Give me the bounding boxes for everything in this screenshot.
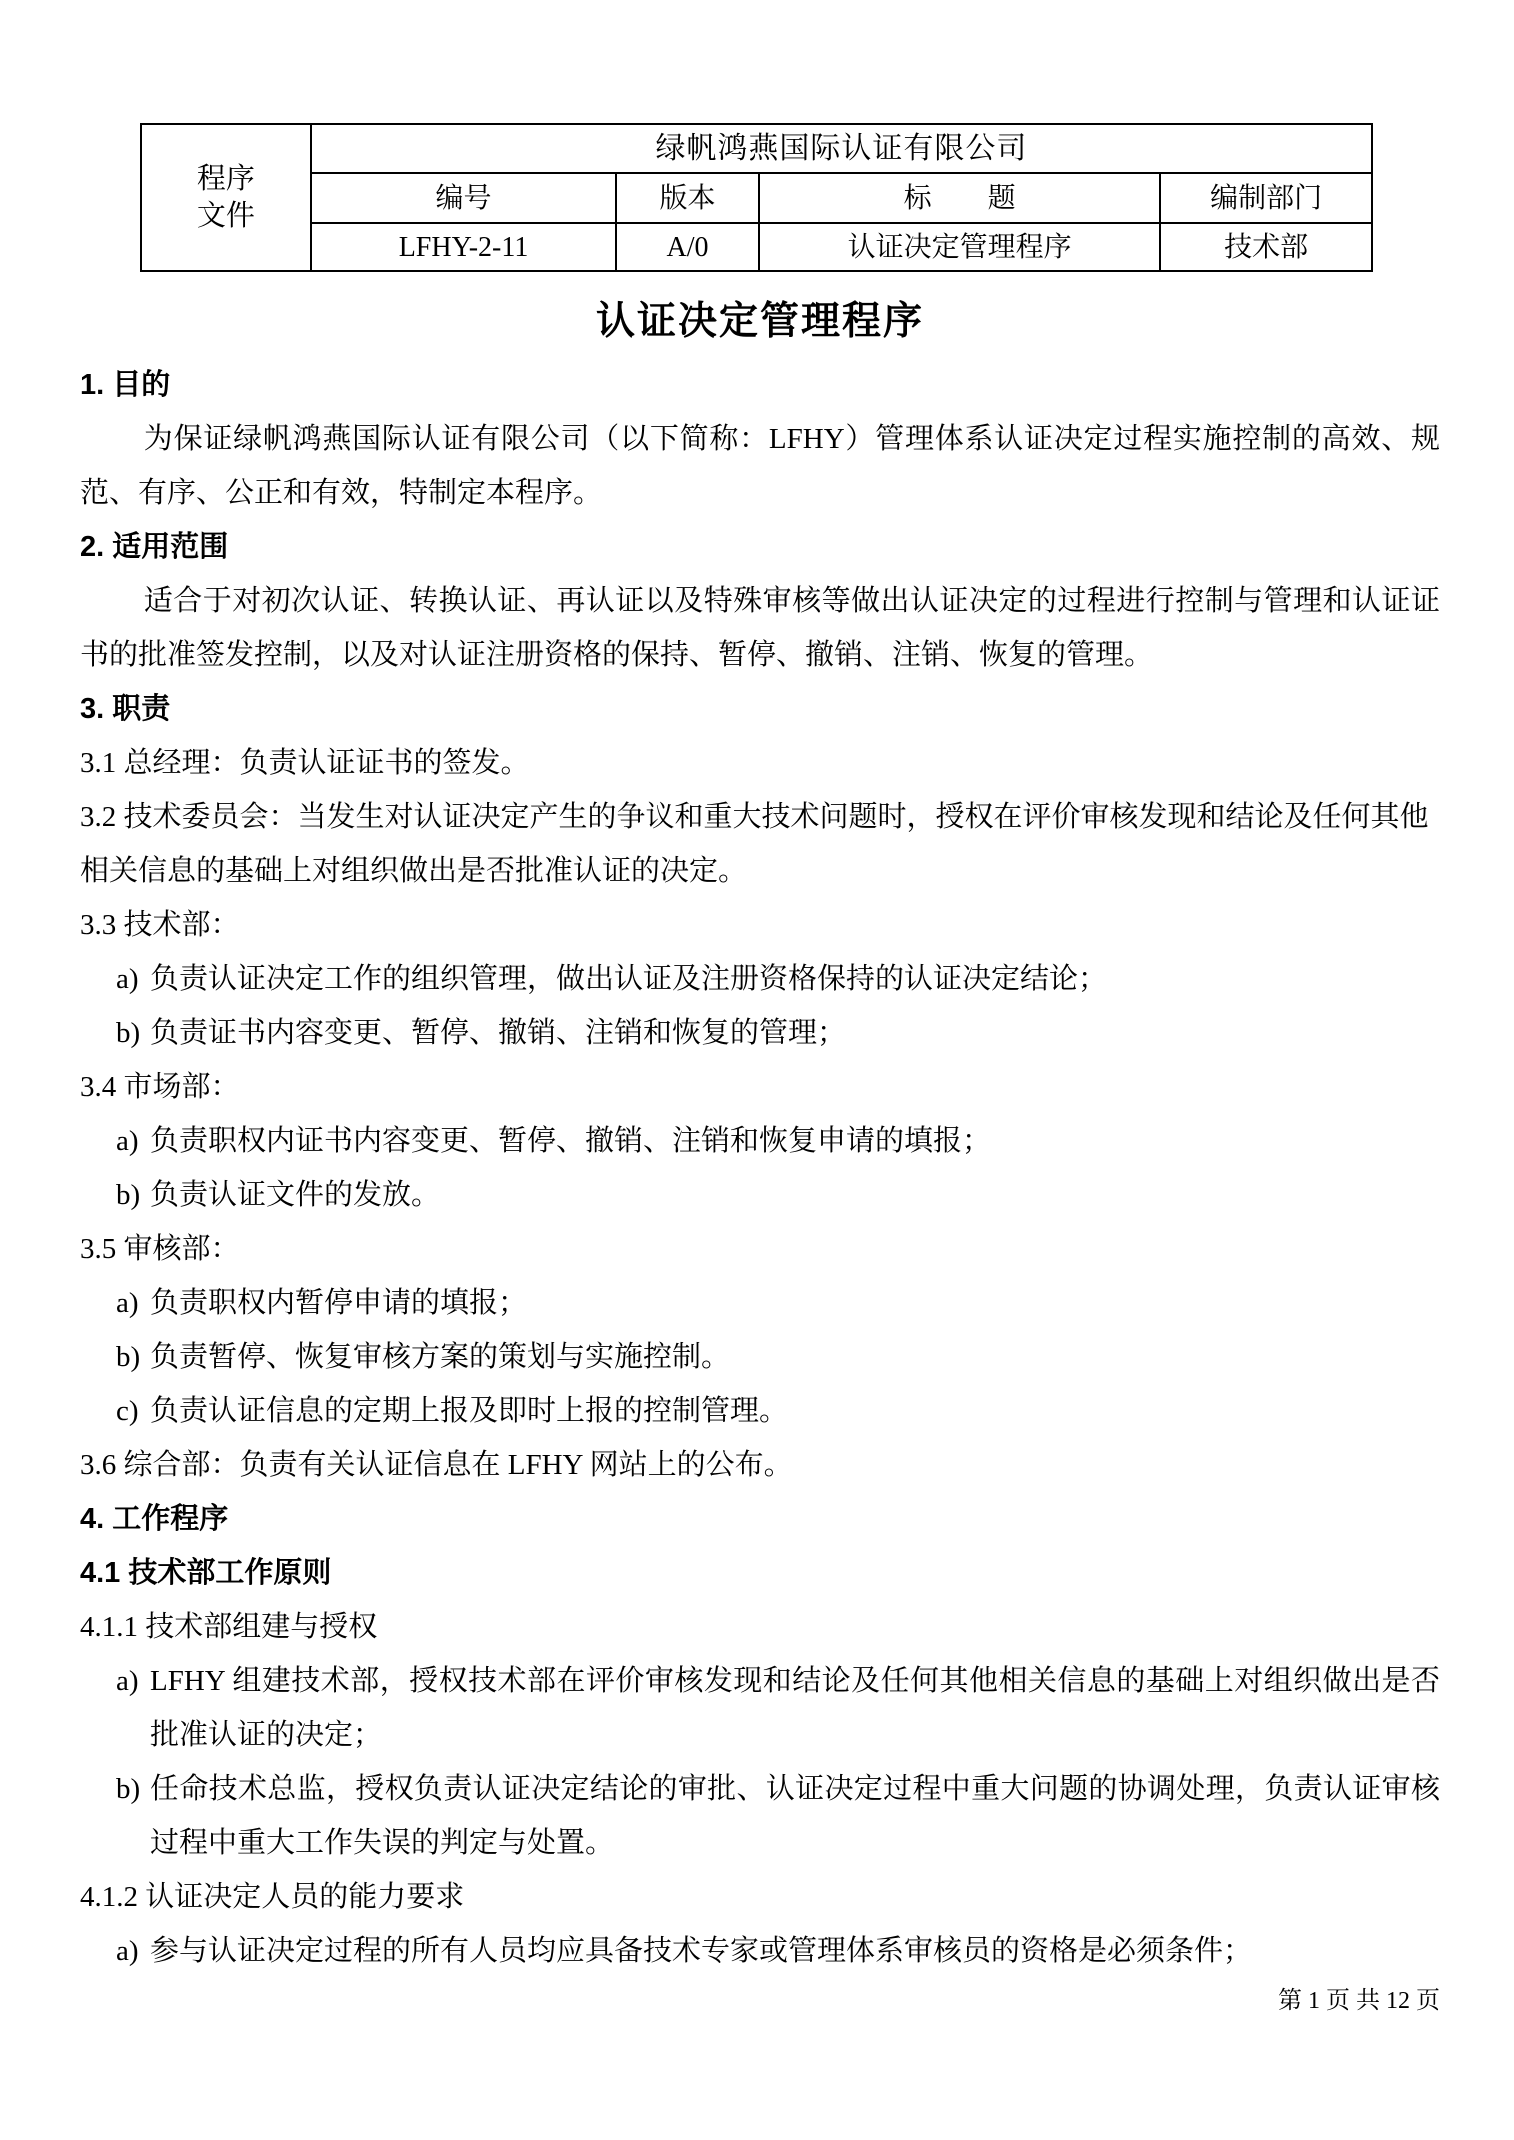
section-heading: 2. 适用范围 [80, 520, 1440, 574]
list-marker: a) [116, 1924, 139, 1978]
lettered-list-item: a)负责认证决定工作的组织管理，做出认证及注册资格保持的认证决定结论； [80, 952, 1440, 1006]
lettered-list-item: b)负责暂停、恢复审核方案的策划与实施控制。 [80, 1330, 1440, 1384]
list-item-text: 负责暂停、恢复审核方案的策划与实施控制。 [150, 1341, 730, 1373]
header-col-number: 编号 [311, 173, 616, 223]
list-marker: a) [116, 952, 139, 1006]
list-marker: b) [116, 1168, 140, 1222]
doc-type-line1: 程序 [146, 161, 306, 197]
lettered-list-item: a)负责职权内暂停申请的填报； [80, 1276, 1440, 1330]
paragraph: 适合于对初次认证、转换认证、再认证以及特殊审核等做出认证决定的过程进行控制与管理… [80, 574, 1440, 682]
list-item-text: 负责证书内容变更、暂停、撤销、注销和恢复的管理； [150, 1017, 846, 1049]
lettered-list-item: b)任命技术总监，授权负责认证决定结论的审批、认证决定过程中重大问题的协调处理，… [80, 1762, 1440, 1870]
list-item-text: 任命技术总监，授权负责认证决定结论的审批、认证决定过程中重大问题的协调处理，负责… [150, 1773, 1440, 1859]
list-item-text: 参与认证决定过程的所有人员均应具备技术专家或管理体系审核员的资格是必须条件； [150, 1935, 1252, 1967]
list-item-text: 负责职权内证书内容变更、暂停、撤销、注销和恢复申请的填报； [150, 1125, 991, 1157]
section-heading: 4.1 技术部工作原则 [80, 1546, 1440, 1600]
value-version: A/0 [616, 223, 759, 271]
document-page: 程序 文件 绿帆鸿燕国际认证有限公司 编号 版本 标 题 编制部门 LFHY-2… [0, 0, 1514, 2140]
clause-text: 3.1 总经理：负责认证证书的签发。 [80, 736, 1440, 790]
paragraph: 为保证绿帆鸿燕国际认证有限公司（以下简称：LFHY）管理体系认证决定过程实施控制… [80, 412, 1440, 520]
lettered-list-item: a)参与认证决定过程的所有人员均应具备技术专家或管理体系审核员的资格是必须条件； [80, 1924, 1440, 1978]
list-item-text: 负责认证决定工作的组织管理，做出认证及注册资格保持的认证决定结论； [150, 963, 1107, 995]
page-number-footer: 第 1 页 共 12 页 [80, 1978, 1440, 2024]
document-header-table: 程序 文件 绿帆鸿燕国际认证有限公司 编号 版本 标 题 编制部门 LFHY-2… [140, 123, 1373, 272]
section-heading: 4. 工作程序 [80, 1492, 1440, 1546]
section-heading: 1. 目的 [80, 358, 1440, 412]
clause-text: 3.4 市场部： [80, 1060, 1440, 1114]
list-marker: a) [116, 1276, 139, 1330]
doc-type-line2: 文件 [146, 198, 306, 234]
clause-text: 3.5 审核部： [80, 1222, 1440, 1276]
list-item-text: 负责认证信息的定期上报及即时上报的控制管理。 [150, 1395, 788, 1427]
lettered-list-item: a)LFHY 组建技术部，授权技术部在评价审核发现和结论及任何其他相关信息的基础… [80, 1654, 1440, 1762]
list-marker: b) [116, 1762, 140, 1816]
clause-text: 3.3 技术部： [80, 898, 1440, 952]
list-item-text: 负责认证文件的发放。 [150, 1179, 440, 1211]
company-name-cell: 绿帆鸿燕国际认证有限公司 [311, 124, 1372, 173]
list-marker: a) [116, 1654, 139, 1708]
clause-text: 4.1.2 认证决定人员的能力要求 [80, 1870, 1440, 1924]
list-marker: c) [116, 1384, 139, 1438]
list-item-text: LFHY 组建技术部，授权技术部在评价审核发现和结论及任何其他相关信息的基础上对… [150, 1665, 1440, 1751]
header-col-title: 标 题 [759, 173, 1160, 223]
lettered-list-item: b)负责证书内容变更、暂停、撤销、注销和恢复的管理； [80, 1006, 1440, 1060]
header-col-department: 编制部门 [1160, 173, 1372, 223]
value-department: 技术部 [1160, 223, 1372, 271]
list-marker: b) [116, 1006, 140, 1060]
lettered-list-item: b)负责认证文件的发放。 [80, 1168, 1440, 1222]
value-doc-title: 认证决定管理程序 [759, 223, 1160, 271]
list-marker: a) [116, 1114, 139, 1168]
lettered-list-item: a)负责职权内证书内容变更、暂停、撤销、注销和恢复申请的填报； [80, 1114, 1440, 1168]
document-body: 1. 目的为保证绿帆鸿燕国际认证有限公司（以下简称：LFHY）管理体系认证决定过… [80, 358, 1440, 1978]
value-doc-number: LFHY-2-11 [311, 223, 616, 271]
page-title: 认证决定管理程序 [80, 298, 1440, 346]
clause-text: 3.6 综合部：负责有关认证信息在 LFHY 网站上的公布。 [80, 1438, 1440, 1492]
list-marker: b) [116, 1330, 140, 1384]
lettered-list-item: c)负责认证信息的定期上报及即时上报的控制管理。 [80, 1384, 1440, 1438]
header-col-version: 版本 [616, 173, 759, 223]
clause-text: 3.2 技术委员会：当发生对认证决定产生的争议和重大技术问题时，授权在评价审核发… [80, 790, 1440, 898]
list-item-text: 负责职权内暂停申请的填报； [150, 1287, 527, 1319]
section-heading: 3. 职责 [80, 682, 1440, 736]
clause-text: 4.1.1 技术部组建与授权 [80, 1600, 1440, 1654]
doc-type-cell: 程序 文件 [141, 124, 311, 271]
